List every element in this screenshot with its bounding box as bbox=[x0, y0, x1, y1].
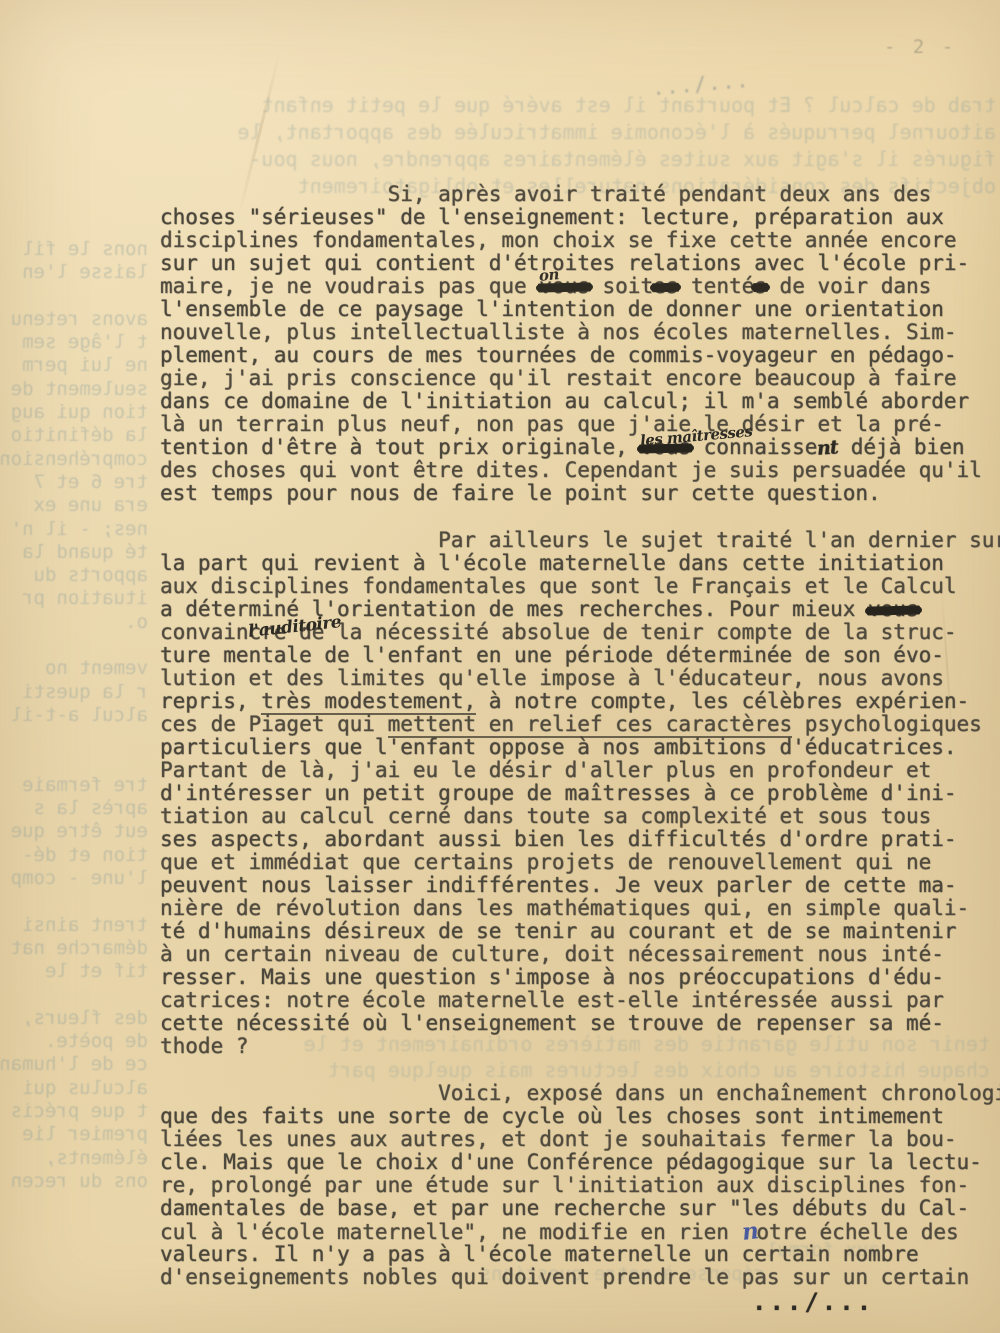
typed-text: liées les unes aux autres, et dont je so… bbox=[160, 1127, 957, 1151]
typed-text: tenté bbox=[678, 274, 754, 298]
bleedthrough-line: premier lie bbox=[0, 1123, 148, 1146]
paragraph: Si, après avoir traité pendant deux ans … bbox=[160, 183, 996, 505]
bleedthrough-line bbox=[0, 285, 148, 308]
text-line: particuliers que l'enfant oppose à nos a… bbox=[160, 736, 996, 759]
typed-text: a déterminé l'orientation de mes recherc… bbox=[160, 597, 868, 621]
bleedthrough-line: tre 6 et 7 bbox=[0, 471, 148, 494]
typed-text: sur un sujet qui contient d'étroites rel… bbox=[160, 251, 969, 275]
typed-text: que et immédiat que certains projets de … bbox=[160, 850, 931, 874]
document-page: - 2 - .../... trab de calcul ? Et pourta… bbox=[0, 0, 1000, 1333]
text-line: nière de révolution dans les mathématiqu… bbox=[160, 897, 996, 920]
bleedthrough-line: trab de calcul ? Et pourtant il est avér… bbox=[4, 92, 996, 119]
text-line: ture mentale de l'enfant en une période … bbox=[160, 644, 996, 667]
paragraph: Voici, exposé dans un enchaînement chron… bbox=[160, 1082, 996, 1289]
typed-text: d'intéresser un petit groupe de maîtress… bbox=[160, 781, 957, 805]
bleedthrough-line: tre fermaie bbox=[0, 774, 148, 797]
paragraph: Par ailleurs le sujet traité l'an dernie… bbox=[160, 529, 996, 1058]
text-line: est temps pour nous de faire le point su… bbox=[160, 482, 996, 505]
bleedthrough-line: laisse l'en bbox=[0, 261, 148, 284]
bleedthrough-line: ons du recen bbox=[0, 1170, 148, 1193]
bleedthrough-line bbox=[0, 890, 148, 913]
typed-text: lution et des limites qu'elle impose à l… bbox=[160, 666, 944, 690]
text-line: la part qui revient à l'école maternelle… bbox=[160, 552, 996, 575]
typed-text: cul à l'école maternelle", ne modifie en… bbox=[160, 1220, 742, 1244]
text-line: valeurs. Il n'y a pas à l'école maternel… bbox=[160, 1243, 996, 1266]
text-line: resser. Mais une question s'impose à nos… bbox=[160, 966, 996, 989]
text-line: Par ailleurs le sujet traité l'an dernie… bbox=[160, 529, 996, 552]
typed-text: particuliers que l'enfant oppose à nos a… bbox=[160, 735, 957, 759]
bleedthrough-line bbox=[0, 984, 148, 1007]
bleedthrough-line: alculus qui bbox=[0, 1077, 148, 1100]
typed-text: la part qui revient à l'école maternelle… bbox=[160, 551, 944, 575]
bleedthrough-line: era une ex bbox=[0, 494, 148, 517]
typed-text: maire, je ne voudrais pas que bbox=[160, 274, 539, 298]
text-line: liées les unes aux autres, et dont je so… bbox=[160, 1128, 996, 1151]
typed-text: otre échelle des bbox=[756, 1220, 958, 1244]
typed-text: des choses qui vont être dites. Cependan… bbox=[160, 458, 982, 482]
bleedthrough-line: tif et le bbox=[0, 960, 148, 983]
typed-text: nière de révolution dans les mathématiqu… bbox=[160, 896, 969, 920]
typed-text: té d'humains désireux de se tenir au cou… bbox=[160, 919, 957, 943]
text-line: à un certain niveau de culture, doit néc… bbox=[160, 943, 996, 966]
page-number: - 2 - bbox=[884, 36, 956, 58]
typed-text: déjà bien bbox=[838, 435, 964, 459]
struck-out-word-with-correction: vouson bbox=[539, 275, 590, 298]
text-line: cle. Mais que le choix d'une Conférence … bbox=[160, 1151, 996, 1174]
text-line: tention d'être à tout prix originale, vo… bbox=[160, 436, 996, 459]
typed-text: Par ailleurs le sujet traité l'an dernie… bbox=[160, 528, 1000, 552]
bleedthrough-line: té quand la bbox=[0, 541, 148, 564]
text-line: disciplines fondamentales, mon choix se … bbox=[160, 229, 996, 252]
typed-text: damentales de base, et par une recherche… bbox=[160, 1196, 969, 1220]
typed-text: que des faits une sorte de cycle où les … bbox=[160, 1104, 944, 1128]
bleedthrough-line: eut être que bbox=[0, 820, 148, 843]
bleedthrough-line: nons le fil bbox=[0, 238, 148, 261]
text-line: cette nécessité où l'enseignement se tro… bbox=[160, 1012, 996, 1035]
handwritten-correction: on bbox=[539, 267, 560, 284]
struck-out-word: es bbox=[653, 275, 678, 298]
typed-text: d'enseignements nobles qui doivent prend… bbox=[160, 1265, 969, 1289]
text-line: damentales de base, et par une recherche… bbox=[160, 1197, 996, 1220]
text-line: gie, j'ai pris conscience qu'il restait … bbox=[160, 367, 996, 390]
typed-text: ces de Piaget qui bbox=[160, 712, 388, 736]
bleedthrough-line: aitournel perruqués à l'économie immatri… bbox=[4, 119, 996, 146]
bleedthrough-line: alcul a-t-il bbox=[0, 704, 148, 727]
continuation-mark-bottom: .../... bbox=[752, 1288, 874, 1316]
text-line: plement, au cours de mes tournées de com… bbox=[160, 344, 996, 367]
text-line: repris, très modestement, à notre compte… bbox=[160, 690, 996, 713]
bleedthrough-line: ne lui perm bbox=[0, 354, 148, 377]
typed-text: peuvent nous laisser indifférentes. Je v… bbox=[160, 873, 957, 897]
bleedthrough-line: de poète. bbox=[0, 1030, 148, 1053]
typed-text: re, prolongé par une étude sur l'initiat… bbox=[160, 1173, 969, 1197]
typed-text: tention d'être à tout prix originale, bbox=[160, 435, 640, 459]
typewritten-text: Si, après avoir traité pendant deux ans … bbox=[160, 183, 996, 1313]
bleedthrough-line: figurés il s'agit aux suites élémentaire… bbox=[4, 146, 996, 173]
bleedthrough-line: l'une - comp bbox=[0, 867, 148, 890]
typed-text: Si, après avoir traité pendant deux ans … bbox=[160, 182, 931, 206]
bleedthrough-line: compréhension bbox=[0, 448, 148, 471]
typed-text: valeurs. Il n'y a pas à l'école maternel… bbox=[160, 1242, 919, 1266]
text-line: d'intéresser un petit groupe de maîtress… bbox=[160, 782, 996, 805]
bleedthrough-line: des fleurs, bbox=[0, 1007, 148, 1030]
typed-text: tiation au calcul cerné dans toute sa co… bbox=[160, 804, 931, 828]
text-line: choses "sérieuses" de l'enseignement: le… bbox=[160, 206, 996, 229]
text-line: ces de Piaget qui mettent en relief ces … bbox=[160, 713, 996, 736]
text-line: Si, après avoir traité pendant deux ans … bbox=[160, 183, 996, 206]
typed-text: à notre compte, les célèbres expérien- bbox=[476, 689, 969, 713]
text-line: re, prolongé par une étude sur l'initiat… bbox=[160, 1174, 996, 1197]
text-line: aux disciplines fondamentales que sont l… bbox=[160, 575, 996, 598]
typed-text: psychologiques bbox=[792, 712, 982, 736]
typed-text: disciplines fondamentales, mon choix se … bbox=[160, 228, 957, 252]
bleedthrough-line: t l'âge sem bbox=[0, 331, 148, 354]
struck-out-word: s bbox=[754, 275, 767, 298]
typed-text: aux disciplines fondamentales que sont l… bbox=[160, 574, 957, 598]
typed-text: repris, bbox=[160, 689, 261, 713]
bleedthrough-line: o. bbox=[0, 611, 148, 634]
bleedthrough-line: éléments, bbox=[0, 1147, 148, 1170]
typed-text: ture mentale de l'enfant en une période … bbox=[160, 643, 944, 667]
typed-text: cette nécessité où l'enseignement se tro… bbox=[160, 1011, 944, 1035]
typed-text: choses "sérieuses" de l'enseignement: le… bbox=[160, 205, 944, 229]
underlined-phrase: mettent en relief ces caractères bbox=[388, 712, 793, 738]
typed-text: ses aspects, abordant aussi bien les dif… bbox=[160, 827, 957, 851]
continuation-mark-top: .../... bbox=[651, 68, 751, 100]
text-line: maire, je ne voudrais pas que vouson soi… bbox=[160, 275, 996, 298]
typed-text: Partant de là, j'ai eu le désir d'aller … bbox=[160, 758, 931, 782]
typed-text: cle. Mais que le choix d'une Conférence … bbox=[160, 1150, 982, 1174]
bleedthrough-line: seulement de bbox=[0, 378, 148, 401]
text-line: d'enseignements nobles qui doivent prend… bbox=[160, 1266, 996, 1289]
bleedthrough-line: trent ainsi bbox=[0, 914, 148, 937]
bleedthrough-line: nes; - il n' bbox=[0, 518, 148, 541]
typed-text: de voir dans bbox=[767, 274, 931, 298]
text-line: catrices: notre école maternelle est-ell… bbox=[160, 989, 996, 1012]
typed-text: gie, j'ai pris conscience qu'il restait … bbox=[160, 366, 957, 390]
bleedthrough-line: r la questi bbox=[0, 681, 148, 704]
typed-text: là un terrain plus neuf, non pas que j'a… bbox=[160, 412, 944, 436]
text-line: des choses qui vont être dites. Cependan… bbox=[160, 459, 996, 482]
bleedthrough-line: ce de l'human bbox=[0, 1053, 148, 1076]
bleedthrough-line bbox=[0, 727, 148, 750]
typed-text: plement, au cours de mes tournées de com… bbox=[160, 343, 957, 367]
bleedthrough-line: apports du bbox=[0, 564, 148, 587]
typed-text: catrices: notre école maternelle est-ell… bbox=[160, 988, 944, 1012]
text-line: lution et des limites qu'elle impose à l… bbox=[160, 667, 996, 690]
text-line: que des faits une sorte de cycle où les … bbox=[160, 1105, 996, 1128]
bleedthrough-text-left: nons le fillaisse l'en avons retenut l'â… bbox=[0, 238, 148, 1193]
struck-out-word-with-correction: vousles maîtresses bbox=[640, 436, 691, 459]
typed-text: à un certain niveau de culture, doit néc… bbox=[160, 942, 944, 966]
text-line: sur un sujet qui contient d'étroites rel… bbox=[160, 252, 996, 275]
typed-text: nouvelle, plus intellectualliste à nos é… bbox=[160, 320, 957, 344]
text-line: té d'humains désireux de se tenir au cou… bbox=[160, 920, 996, 943]
bleedthrough-line: tion qui aug bbox=[0, 401, 148, 424]
bleedthrough-line: t que précis bbox=[0, 1100, 148, 1123]
text-line: Partant de là, j'ai eu le désir d'aller … bbox=[160, 759, 996, 782]
bleedthrough-line: démarche nat bbox=[0, 937, 148, 960]
text-line: dans ce domaine de l'initiation au calcu… bbox=[160, 390, 996, 413]
typed-text: soit bbox=[590, 274, 653, 298]
bleedthrough-line: ituation pr bbox=[0, 587, 148, 610]
text-line: là un terrain plus neuf, non pas que j'a… bbox=[160, 413, 996, 436]
typed-text: resser. Mais une question s'impose à nos… bbox=[160, 965, 944, 989]
text-line: ses aspects, abordant aussi bien les dif… bbox=[160, 828, 996, 851]
bleedthrough-line: la définitio bbox=[0, 424, 148, 447]
struck-out-word: vous bbox=[868, 598, 919, 621]
text-line: tiation au calcul cerné dans toute sa co… bbox=[160, 805, 996, 828]
bleedthrough-line bbox=[0, 751, 148, 774]
typed-text: l'ensemble de ce paysage l'intention de … bbox=[160, 297, 944, 321]
text-line: thode ? bbox=[160, 1035, 996, 1058]
text-line: que et immédiat que certains projets de … bbox=[160, 851, 996, 874]
bleedthrough-line bbox=[0, 634, 148, 657]
handwritten-blue-correction: n bbox=[740, 1219, 759, 1244]
bleedthrough-line: tion et dé- bbox=[0, 844, 148, 867]
bleedthrough-line: après la s bbox=[0, 797, 148, 820]
text-line: peuvent nous laisser indifférentes. Je v… bbox=[160, 874, 996, 897]
typed-text: est temps pour nous de faire le point su… bbox=[160, 481, 881, 505]
typed-text: Voici, exposé dans un enchaînement chron… bbox=[160, 1081, 1000, 1105]
bleedthrough-line: avons retenu bbox=[0, 308, 148, 331]
text-line: l'ensemble de ce paysage l'intention de … bbox=[160, 298, 996, 321]
typed-text: thode ? bbox=[160, 1034, 249, 1058]
text-line: nouvelle, plus intellectualliste à nos é… bbox=[160, 321, 996, 344]
typed-text: dans ce domaine de l'initiation au calcu… bbox=[160, 389, 969, 413]
text-line: cul à l'école maternelle", ne modifie en… bbox=[160, 1220, 996, 1243]
bleedthrough-line: vement no bbox=[0, 657, 148, 680]
text-line: Voici, exposé dans un enchaînement chron… bbox=[160, 1082, 996, 1105]
